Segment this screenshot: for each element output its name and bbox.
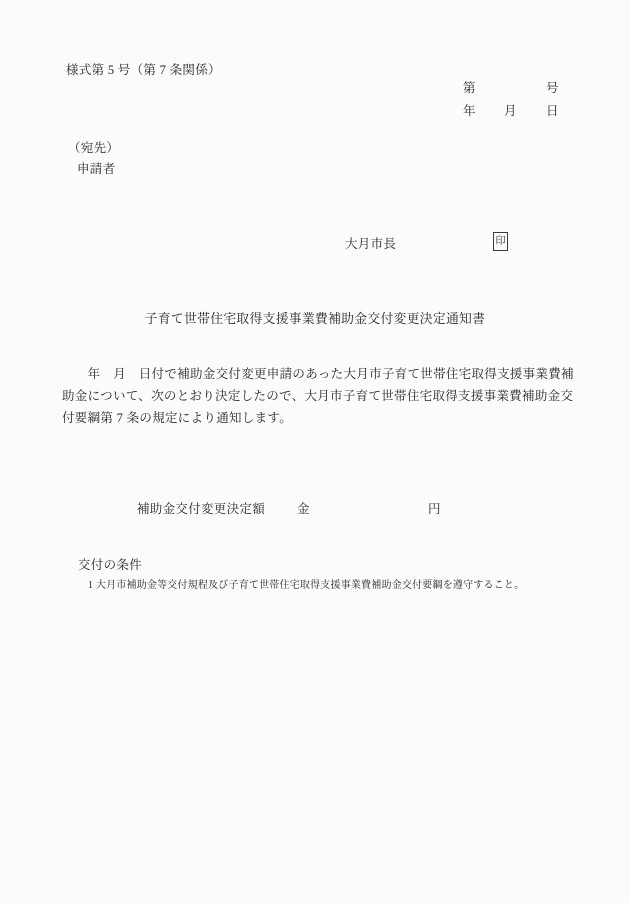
date-month-label: 月 <box>504 103 517 119</box>
amount-currency-suffix: 円 <box>428 501 441 517</box>
document-page: 様式第 5 号（第 7 条関係） 第 号 年 月 日 （宛先） 申請者 大月市長… <box>0 0 630 903</box>
condition-item: 1 大月市補助金等交付規程及び子育て世帯住宅取得支援事業費補助金交付要綱を遵守す… <box>88 579 524 592</box>
date-day-label: 日 <box>546 103 559 119</box>
conditions-heading: 交付の条件 <box>78 557 142 573</box>
applicant-label: 申請者 <box>77 161 115 177</box>
seal-box: 印 <box>493 232 508 251</box>
body-paragraph-line: 年 月 日付で補助金交付変更申請のあった大月市子育て世帯住宅取得支援事業費補 <box>62 366 574 382</box>
document-number-prefix: 第 <box>463 80 476 96</box>
addressee-label: （宛先） <box>68 140 119 156</box>
amount-currency-prefix: 金 <box>297 501 310 517</box>
document-number-suffix: 号 <box>546 80 559 96</box>
date-year-label: 年 <box>463 103 476 119</box>
body-paragraph-line: 付要綱第 7 条の規定により通知します。 <box>62 410 292 426</box>
document-title: 子育て世帯住宅取得支援事業費補助金交付変更決定通知書 <box>0 311 630 328</box>
seal-icon: 印 <box>496 237 506 247</box>
amount-decision-label: 補助金交付変更決定額 <box>137 501 265 517</box>
issuer-name: 大月市長 <box>345 236 396 252</box>
body-paragraph-line: 助金について、次のとおり決定したので、大月市子育て世帯住宅取得支援事業費補助金交 <box>62 388 573 404</box>
form-number-label: 様式第 5 号（第 7 条関係） <box>66 62 221 78</box>
